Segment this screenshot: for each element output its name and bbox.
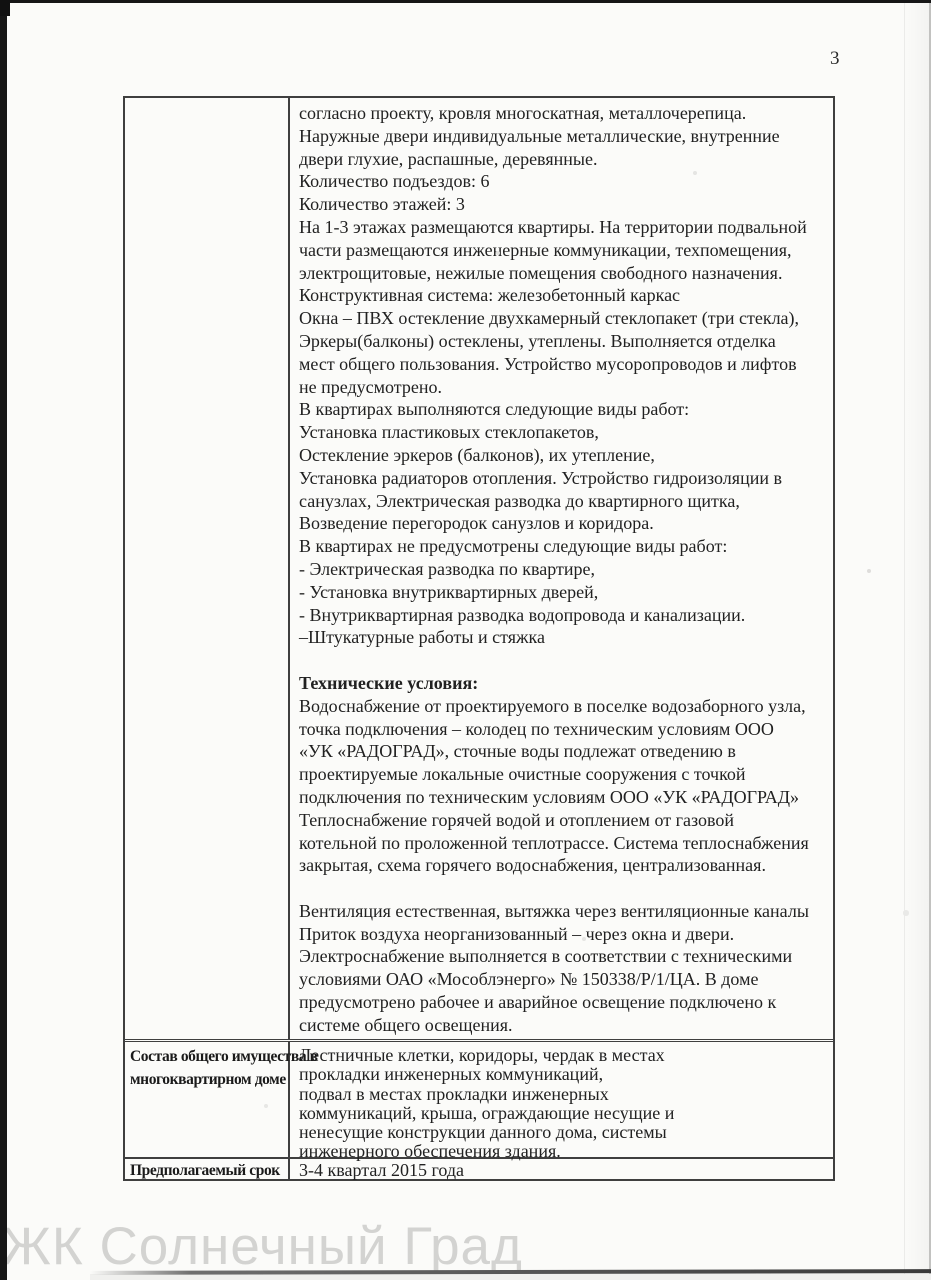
text-line: В квартирах не предусмотрены следующие в…: [299, 535, 829, 558]
scan-bottom-shading: [90, 1274, 931, 1280]
common-property-label-cell: Состав общего имущества вмногоквартирном…: [125, 1042, 290, 1157]
text-line: предусмотрено рабочее и аварийное освеще…: [299, 991, 829, 1014]
text-line: Предполагаемый срок: [130, 1162, 286, 1180]
estimated-term-content-cell: 3-4 квартал 2015 года: [290, 1159, 833, 1179]
text-line: Конструктивная система: железобетонный к…: [299, 284, 829, 307]
common-property-row: Состав общего имущества вмногоквартирном…: [125, 1039, 833, 1157]
scan-noise-specks: [0, 0, 2, 2]
scanned-document-page: 3 согласно проекту, кровля многоскатная,…: [0, 0, 931, 1280]
text-line: котельной по проложенной теплотрассе. Си…: [299, 832, 829, 855]
common-property-content-cell: Лестничные клетки, коридоры, чердак в ме…: [290, 1042, 833, 1157]
text-line: Количество этажей: 3: [299, 193, 829, 216]
text-line: Электроснабжение выполняется в соответст…: [299, 945, 829, 968]
text-line: Теплоснабжение горячей водой и отопление…: [299, 809, 829, 832]
text-line: Вентиляция естественная, вытяжка через в…: [299, 900, 829, 923]
text-line: - Электрическая разводка по квартире,: [299, 558, 829, 581]
text-line: Лестничные клетки, коридоры, чердак в ме…: [299, 1046, 829, 1065]
scan-top-left-corner: [0, 0, 10, 16]
text-line: - Внутриквартирная разводка водопровода …: [299, 604, 829, 627]
text-line: Возведение перегородок санузлов и коридо…: [299, 512, 829, 535]
building-description-row: согласно проекту, кровля многоскатная, м…: [125, 98, 833, 1039]
scan-left-edge: [0, 0, 7, 1280]
scan-right-shading: [903, 0, 931, 1280]
text-line: не предусмотрено.: [299, 376, 829, 399]
watermark: ЖК Солнечный Град: [2, 1216, 523, 1277]
text-line: Окна – ПВХ остекление двухкамерный стекл…: [299, 307, 829, 330]
text-line: ненесущие конструкции данного дома, сист…: [299, 1123, 829, 1142]
text-line: Состав общего имущества в: [130, 1045, 286, 1068]
text-line: прокладки инженерных коммуникаций,: [299, 1065, 829, 1084]
text-line: закрытая, схема горячего водоснабжения, …: [299, 854, 829, 877]
text-line: В квартирах выполняются следующие виды р…: [299, 398, 829, 421]
text-line: условиями ОАО «Мособлэнерго» № 150338/Р/…: [299, 968, 829, 991]
text-line: На 1-3 этажах размещаются квартиры. На т…: [299, 216, 829, 239]
text-line: подвал в местах прокладки инженерных: [299, 1085, 829, 1104]
text-line: Эркеры(балконы) остеклены, утеплены. Вып…: [299, 330, 829, 353]
text-line: Установка пластиковых стеклопакетов,: [299, 421, 829, 444]
text-line: Установка радиаторов отопления. Устройст…: [299, 467, 829, 490]
text-line: [299, 649, 829, 672]
text-line: системе общего освещения.: [299, 1014, 829, 1037]
scan-top-edge: [0, 0, 931, 3]
text-line: - Установка внутриквартирных дверей,: [299, 581, 829, 604]
page-number: 3: [830, 48, 840, 70]
text-line: двери глухие, распашные, деревянные.: [299, 148, 829, 171]
text-line: «УК «РАДОГРАД», сточные воды подлежат от…: [299, 740, 829, 763]
text-line: –Штукатурные работы и стяжка: [299, 626, 829, 649]
text-line: Технические условия:: [299, 672, 829, 695]
project-declaration-table: согласно проекту, кровля многоскатная, м…: [123, 96, 835, 1181]
text-line: коммуникаций, крыша, ограждающие несущие…: [299, 1104, 829, 1123]
text-line: [299, 877, 829, 900]
text-line: мест общего пользования. Устройство мусо…: [299, 353, 829, 376]
text-line: Остекление эркеров (балконов), их утепле…: [299, 444, 829, 467]
text-line: Водоснабжение от проектируемого в поселк…: [299, 695, 829, 718]
text-line: Приток воздуха неорганизованный – через …: [299, 923, 829, 946]
text-line: проектируемые локальные очистные сооруже…: [299, 763, 829, 786]
estimated-term-row: Предполагаемый срок 3-4 квартал 2015 год…: [125, 1157, 833, 1179]
building-description-label-cell: [125, 98, 290, 1039]
text-line: санузлах, Электрическая разводка до квар…: [299, 490, 829, 513]
text-line: согласно проекту, кровля многоскатная, м…: [299, 102, 829, 125]
text-line: Наружные двери индивидуальные металличес…: [299, 125, 829, 148]
text-line: Количество подъездов: 6: [299, 170, 829, 193]
text-line: точка подключения – колодец по техническ…: [299, 718, 829, 741]
building-description-content-cell: согласно проекту, кровля многоскатная, м…: [290, 98, 833, 1039]
text-line: многоквартирном доме: [130, 1068, 286, 1091]
text-line: подключения по техническим условиям ООО …: [299, 786, 829, 809]
scan-right-faint-line: [904, 0, 905, 1280]
text-line: части размещаются инженерные коммуникаци…: [299, 239, 829, 262]
text-line: электрощитовые, нежилые помещения свобод…: [299, 262, 829, 285]
estimated-term-label-cell: Предполагаемый срок: [125, 1159, 290, 1179]
text-line: 3-4 квартал 2015 года: [299, 1161, 829, 1180]
